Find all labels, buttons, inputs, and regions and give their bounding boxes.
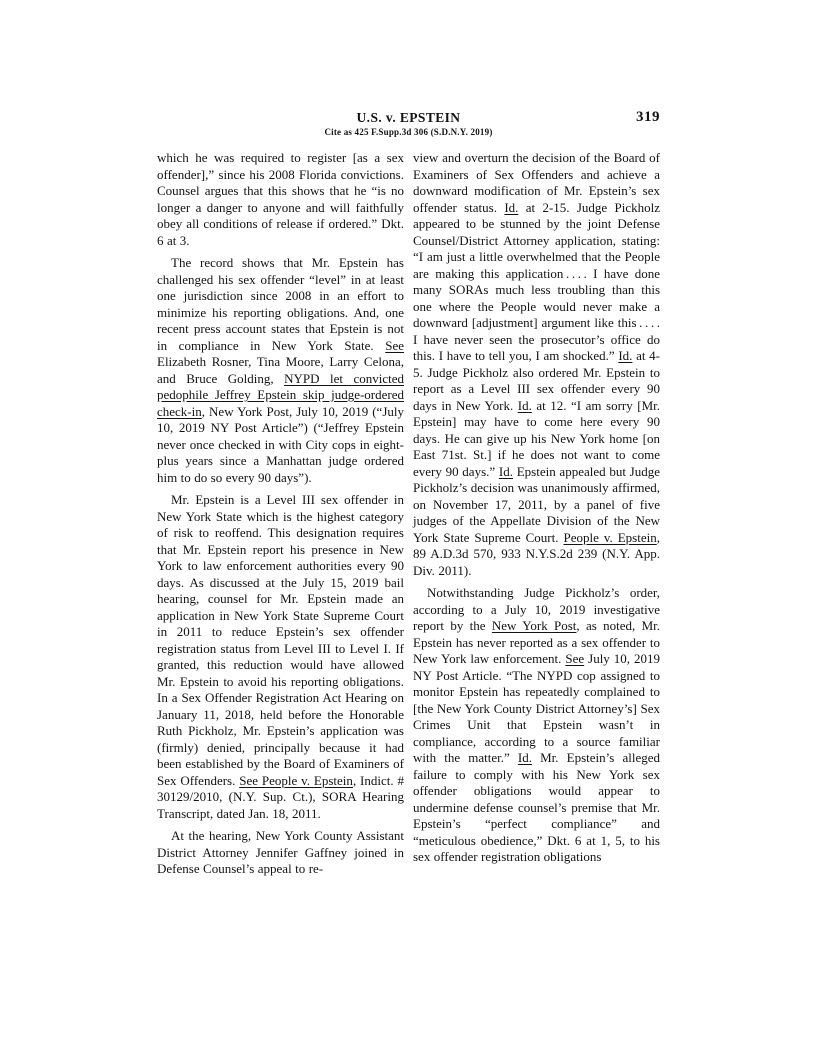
citation-underlined: Id.	[504, 200, 518, 215]
text-run: Mr. Epstein’s alleged failure to comply …	[413, 750, 660, 864]
text-run: Mr. Epstein is a Level III sex offender …	[157, 492, 404, 788]
paragraph: view and overturn the decision of the Bo…	[413, 150, 660, 579]
citation-underlined: See	[385, 338, 404, 353]
text-run: July 10, 2019 NY Post Article. “The NYPD…	[413, 651, 660, 765]
text-run: which he was required to register [as a …	[157, 150, 404, 248]
page-content: U.S. v. EPSTEIN 319 Cite as 425 F.Supp.3…	[157, 110, 660, 878]
right-column: view and overturn the decision of the Bo…	[413, 150, 660, 878]
text-run: The record shows that Mr. Epstein has ch…	[157, 255, 404, 353]
citation-underlined: New York Post	[492, 618, 577, 633]
citation-line: Cite as 425 F.Supp.3d 306 (S.D.N.Y. 2019…	[157, 127, 660, 137]
text-run: at 2-15. Judge Pickholz appeared to be s…	[413, 200, 660, 364]
paragraph: Notwithstanding Judge Pickholz’s order, …	[413, 585, 660, 866]
case-title: U.S. v. EPSTEIN	[157, 110, 660, 126]
citation-underlined: See	[565, 651, 584, 666]
paragraph: At the hearing, New York County Assistan…	[157, 828, 404, 878]
paragraph: which he was required to register [as a …	[157, 150, 404, 249]
left-column: which he was required to register [as a …	[157, 150, 404, 878]
citation-underlined: Id.	[518, 750, 532, 765]
citation-underlined: Id.	[518, 398, 532, 413]
citation-underlined: Id.	[618, 348, 632, 363]
paragraph: The record shows that Mr. Epstein has ch…	[157, 255, 404, 486]
paragraph: Mr. Epstein is a Level III sex offender …	[157, 492, 404, 822]
two-column-body: which he was required to register [as a …	[157, 150, 660, 878]
citation-underlined: People v. Epstein	[563, 530, 656, 545]
running-head: U.S. v. EPSTEIN 319	[157, 110, 660, 126]
citation-underlined: See People v. Epstein	[239, 773, 353, 788]
text-run: At the hearing, New York County Assistan…	[157, 828, 404, 876]
document-page: U.S. v. EPSTEIN 319 Cite as 425 F.Supp.3…	[0, 0, 816, 1056]
citation-underlined: Id.	[499, 464, 513, 479]
page-number: 319	[636, 109, 660, 126]
